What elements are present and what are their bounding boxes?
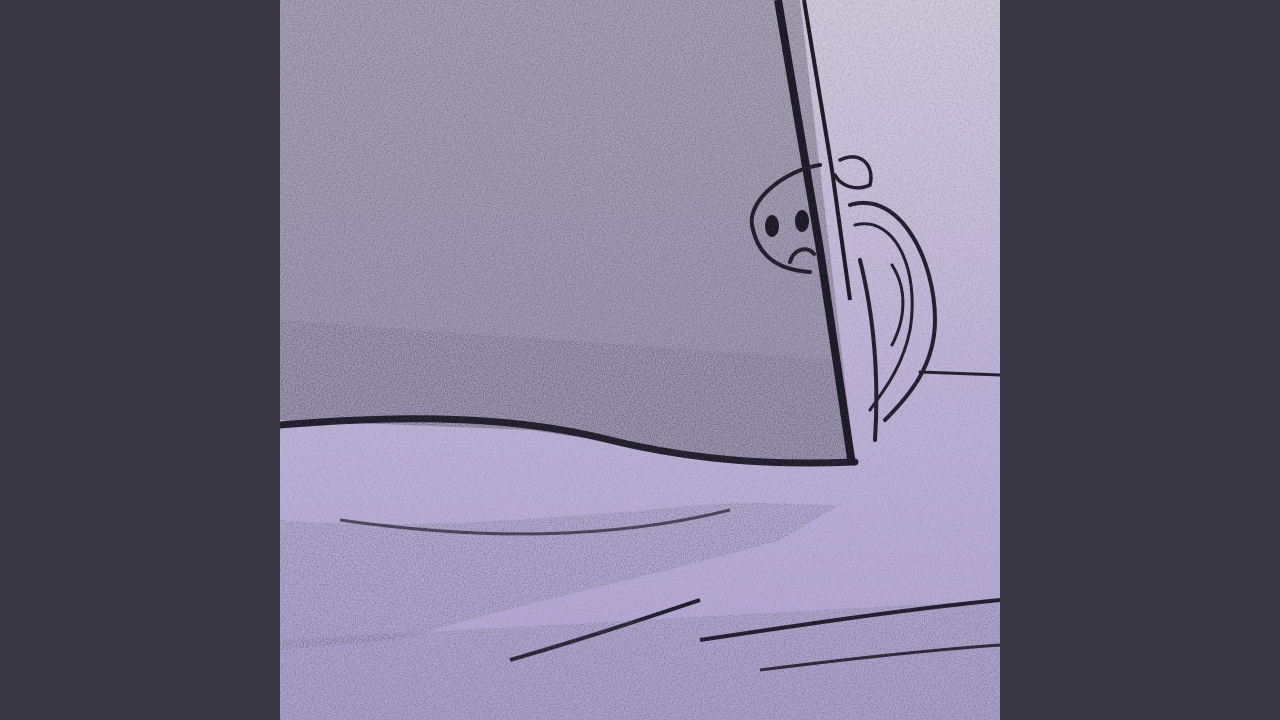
- pencil-sketch: [280, 0, 1000, 720]
- letterbox-left: [0, 0, 280, 720]
- letterbox-right: [1000, 0, 1280, 720]
- video-frame: [280, 0, 1000, 720]
